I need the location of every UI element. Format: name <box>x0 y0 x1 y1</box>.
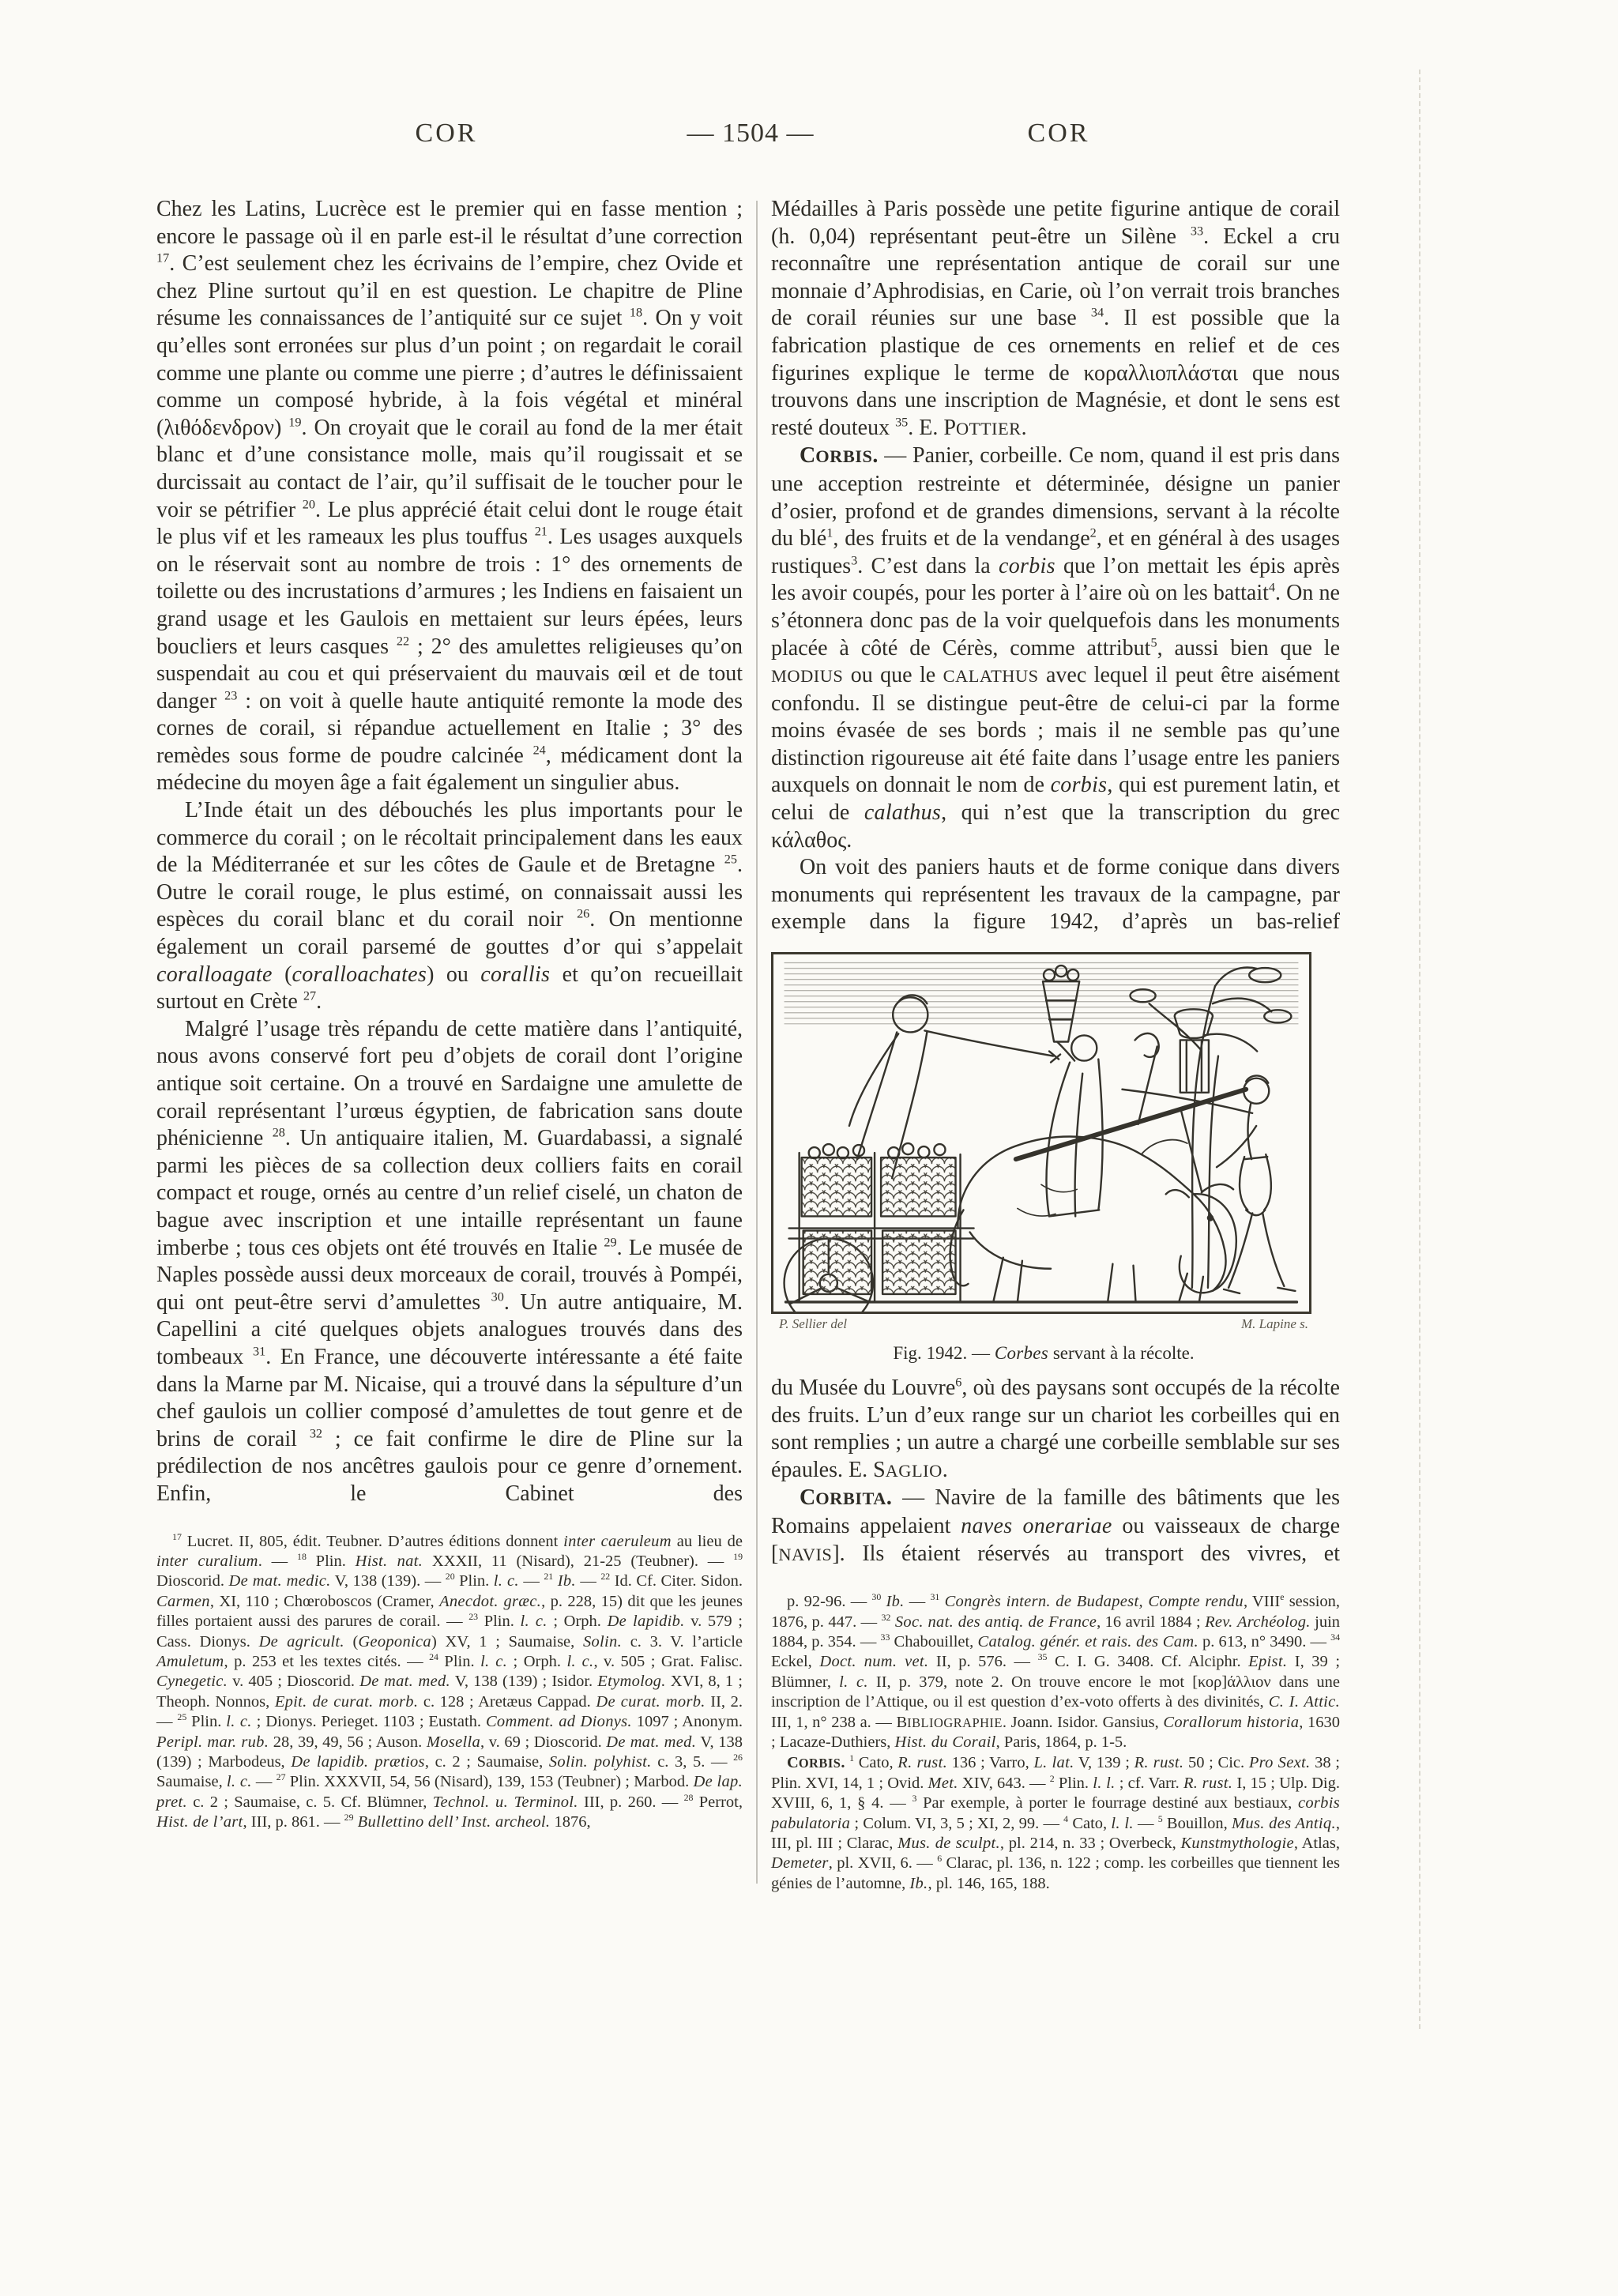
figure-caption: Fig. 1942. — Corbes servant à la récolte… <box>771 1343 1316 1364</box>
figure-1942: P. Sellier del M. Lapine s. Fig. 1942. —… <box>771 952 1316 1364</box>
paragraph: Malgré l’usage très répandu de cette mat… <box>156 1016 743 1508</box>
paragraph-corbis-entry: Corbis. — Panier, corbeille. Ce nom, qua… <box>771 442 1340 854</box>
running-head-left: COR <box>348 119 545 149</box>
bas-relief-engraving <box>771 952 1311 1314</box>
footnote-block: p. 92-96. — 30 Ib. — 31 Congrès intern. … <box>771 1592 1340 1752</box>
right-footnotes: p. 92-96. — 30 Ib. — 31 Congrès intern. … <box>771 1592 1340 1894</box>
footnote-block: Corbis. 1 Cato, R. rust. 136 ; Varro, L.… <box>771 1753 1340 1894</box>
right-column: Médailles à Paris possède une petite fig… <box>771 196 1340 1894</box>
running-head-right: COR <box>960 119 1157 149</box>
signature-left: P. Sellier del <box>779 1316 847 1332</box>
paragraph: L’Inde était un des débouchés les plus i… <box>156 797 743 1016</box>
column-divider-rule <box>756 201 758 1884</box>
page-number: — 1504 — <box>640 119 861 149</box>
paragraph-corbita-entry: Corbita. — Navire de la famille des bâti… <box>771 1485 1340 1568</box>
left-column: Chez les Latins, Lucrèce est le premier … <box>156 196 743 1833</box>
left-footnotes: 17 Lucret. II, 805, édit. Teubner. D’aut… <box>156 1532 743 1833</box>
footnote-block: 17 Lucret. II, 805, édit. Teubner. D’aut… <box>156 1532 743 1833</box>
paragraph: Médailles à Paris possède une petite fig… <box>771 196 1340 442</box>
scan-edge-artifact <box>1419 70 1420 2029</box>
scanned-page: COR — 1504 — COR Chez les Latins, Lucrèc… <box>0 0 1618 2296</box>
signature-right: M. Lapine s. <box>1241 1316 1308 1332</box>
paragraph: du Musée du Louvre6, où des paysans sont… <box>771 1375 1340 1485</box>
paragraph: Chez les Latins, Lucrèce est le premier … <box>156 196 743 797</box>
engraving-signatures: P. Sellier del M. Lapine s. <box>771 1316 1316 1332</box>
engraving-drawing <box>773 954 1309 1312</box>
paragraph: On voit des paniers hauts et de forme co… <box>771 854 1340 936</box>
